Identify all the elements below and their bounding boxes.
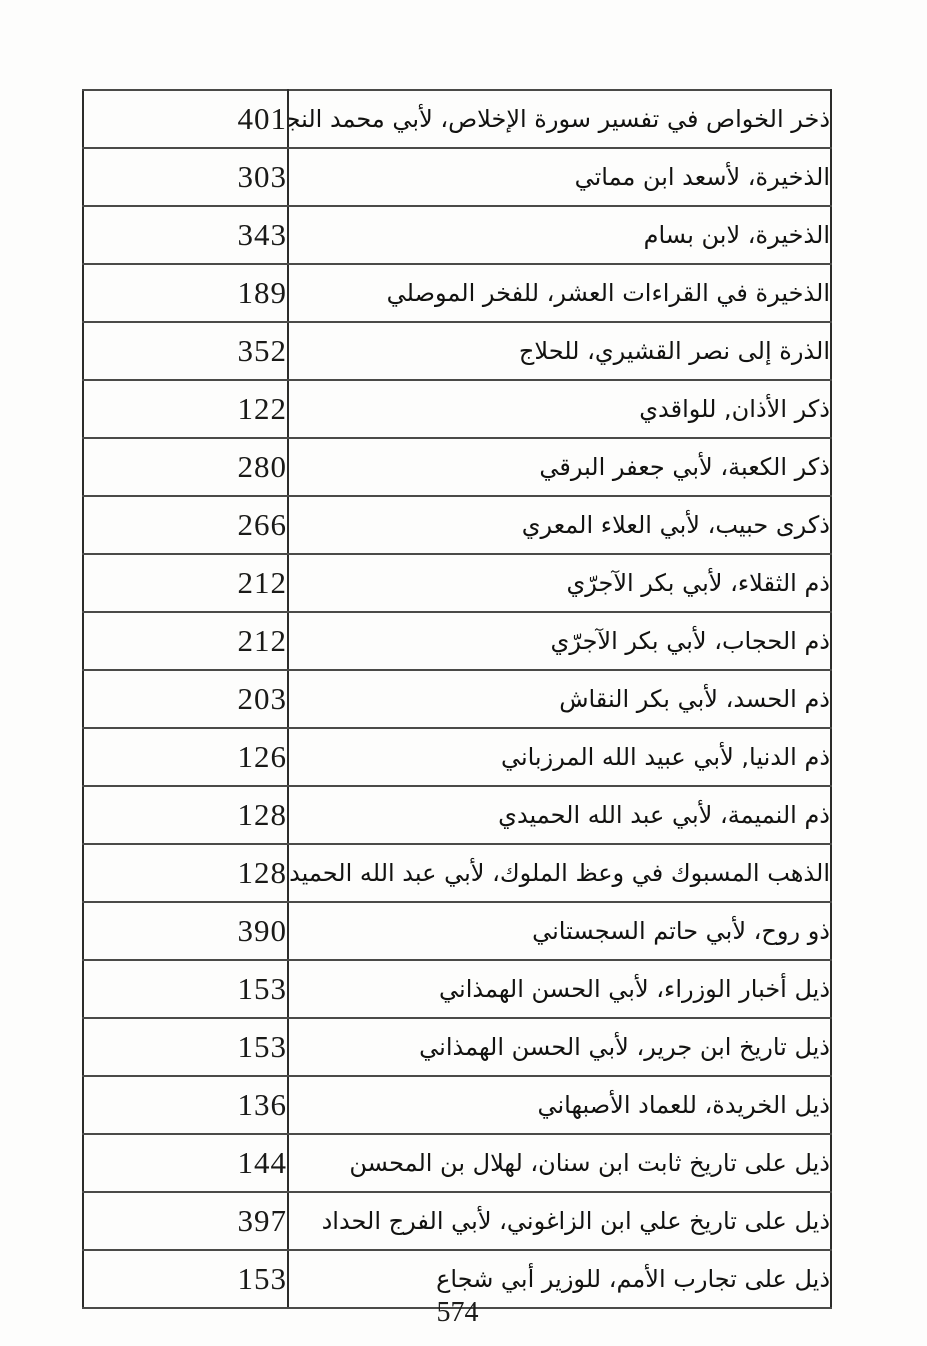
table-row: 397 ذيل على تاريخ علي ابن الزاغوني، لأبي… [83, 1192, 831, 1250]
book-title-cell: ذم الحسد، لأبي بكر النقاش [288, 670, 831, 728]
page-ref-cell: 203 [83, 670, 288, 728]
page-ref-cell: 280 [83, 438, 288, 496]
table-row: 303 الذخيرة، لأسعد ابن مماتي [83, 148, 831, 206]
page-ref-cell: 189 [83, 264, 288, 322]
book-title-cell: ذكر الكعبة، لأبي جعفر البرقي [288, 438, 831, 496]
page-ref-cell: 266 [83, 496, 288, 554]
page-ref-cell: 352 [83, 322, 288, 380]
page-ref-cell: 212 [83, 554, 288, 612]
table-row: 136 ذيل الخريدة، للعماد الأصبهاني [83, 1076, 831, 1134]
book-title-cell: الذخيرة في القراءات العشر، للفخر الموصلي [288, 264, 831, 322]
book-title-cell: ذم الدنيا, لأبي عبيد الله المرزباني [288, 728, 831, 786]
table-row: 203 ذم الحسد، لأبي بكر النقاش [83, 670, 831, 728]
table-row: 343 الذخيرة، لابن بسام [83, 206, 831, 264]
table-row: 128 ذم النميمة، لأبي عبد الله الحميدي [83, 786, 831, 844]
table-row: 401 ذخر الخواص في تفسير سورة الإخلاص، لأ… [83, 90, 831, 148]
page-ref-cell: 303 [83, 148, 288, 206]
table-row: 122 ذكر الأذان, للواقدي [83, 380, 831, 438]
page-ref-cell: 390 [83, 902, 288, 960]
page-ref-cell: 401 [83, 90, 288, 148]
book-title-cell: ذم الحجاب، لأبي بكر الآجرّي [288, 612, 831, 670]
book-title-cell: ذكر الأذان, للواقدي [288, 380, 831, 438]
book-title-cell: ذو روح، لأبي حاتم السجستاني [288, 902, 831, 960]
page-ref-cell: 397 [83, 1192, 288, 1250]
book-title-cell: الذخيرة، لأسعد ابن مماتي [288, 148, 831, 206]
page-ref-cell: 128 [83, 786, 288, 844]
book-title-cell: الذهب المسبوك في وعظ الملوك، لأبي عبد ال… [288, 844, 831, 902]
book-title-cell: الذخيرة، لابن بسام [288, 206, 831, 264]
page-ref-cell: 122 [83, 380, 288, 438]
page-ref-cell: 153 [83, 1018, 288, 1076]
page-ref-cell: 128 [83, 844, 288, 902]
table-row: 153 ذيل تاريخ ابن جرير، لأبي الحسن الهمذ… [83, 1018, 831, 1076]
index-table-body: 401 ذخر الخواص في تفسير سورة الإخلاص، لأ… [83, 90, 831, 1308]
table-row: 189 الذخيرة في القراءات العشر، للفخر الم… [83, 264, 831, 322]
book-title-cell: ذيل على تاريخ ثابت ابن سنان، لهلال بن ال… [288, 1134, 831, 1192]
book-title-cell: ذم الثقلاء، لأبي بكر الآجرّي [288, 554, 831, 612]
page-ref-cell: 144 [83, 1134, 288, 1192]
table-row: 352 الذرة إلى نصر القشيري، للحلاج [83, 322, 831, 380]
book-title-cell: ذخر الخواص في تفسير سورة الإخلاص، لأبي م… [288, 90, 831, 148]
table-row: 212 ذم الحجاب، لأبي بكر الآجرّي [83, 612, 831, 670]
book-title-cell: ذيل الخريدة، للعماد الأصبهاني [288, 1076, 831, 1134]
page-ref-cell: 212 [83, 612, 288, 670]
book-title-cell: ذيل على تاريخ علي ابن الزاغوني، لأبي الف… [288, 1192, 831, 1250]
scanned-book-page: 401 ذخر الخواص في تفسير سورة الإخلاص، لأ… [0, 0, 927, 1346]
table-row: 126 ذم الدنيا, لأبي عبيد الله المرزباني [83, 728, 831, 786]
page-ref-cell: 136 [83, 1076, 288, 1134]
book-title-cell: ذكرى حبيب، لأبي العلاء المعري [288, 496, 831, 554]
table-row: 266 ذكرى حبيب، لأبي العلاء المعري [83, 496, 831, 554]
table-row: 280 ذكر الكعبة، لأبي جعفر البرقي [83, 438, 831, 496]
table-row: 144 ذيل على تاريخ ثابت ابن سنان، لهلال ب… [83, 1134, 831, 1192]
book-title-cell: ذم النميمة، لأبي عبد الله الحميدي [288, 786, 831, 844]
page-ref-cell: 153 [83, 960, 288, 1018]
table-row: 212 ذم الثقلاء، لأبي بكر الآجرّي [83, 554, 831, 612]
page-ref-cell: 126 [83, 728, 288, 786]
book-title-cell: الذرة إلى نصر القشيري، للحلاج [288, 322, 831, 380]
table-row: 390 ذو روح، لأبي حاتم السجستاني [83, 902, 831, 960]
table-row: 128 الذهب المسبوك في وعظ الملوك، لأبي عب… [83, 844, 831, 902]
index-table: 401 ذخر الخواص في تفسير سورة الإخلاص، لأ… [82, 89, 832, 1309]
page-ref-cell: 343 [83, 206, 288, 264]
folio-number: 574 [0, 1297, 915, 1329]
book-title-cell: ذيل تاريخ ابن جرير، لأبي الحسن الهمذاني [288, 1018, 831, 1076]
book-title-cell: ذيل أخبار الوزراء، لأبي الحسن الهمذاني [288, 960, 831, 1018]
table-row: 153 ذيل أخبار الوزراء، لأبي الحسن الهمذا… [83, 960, 831, 1018]
